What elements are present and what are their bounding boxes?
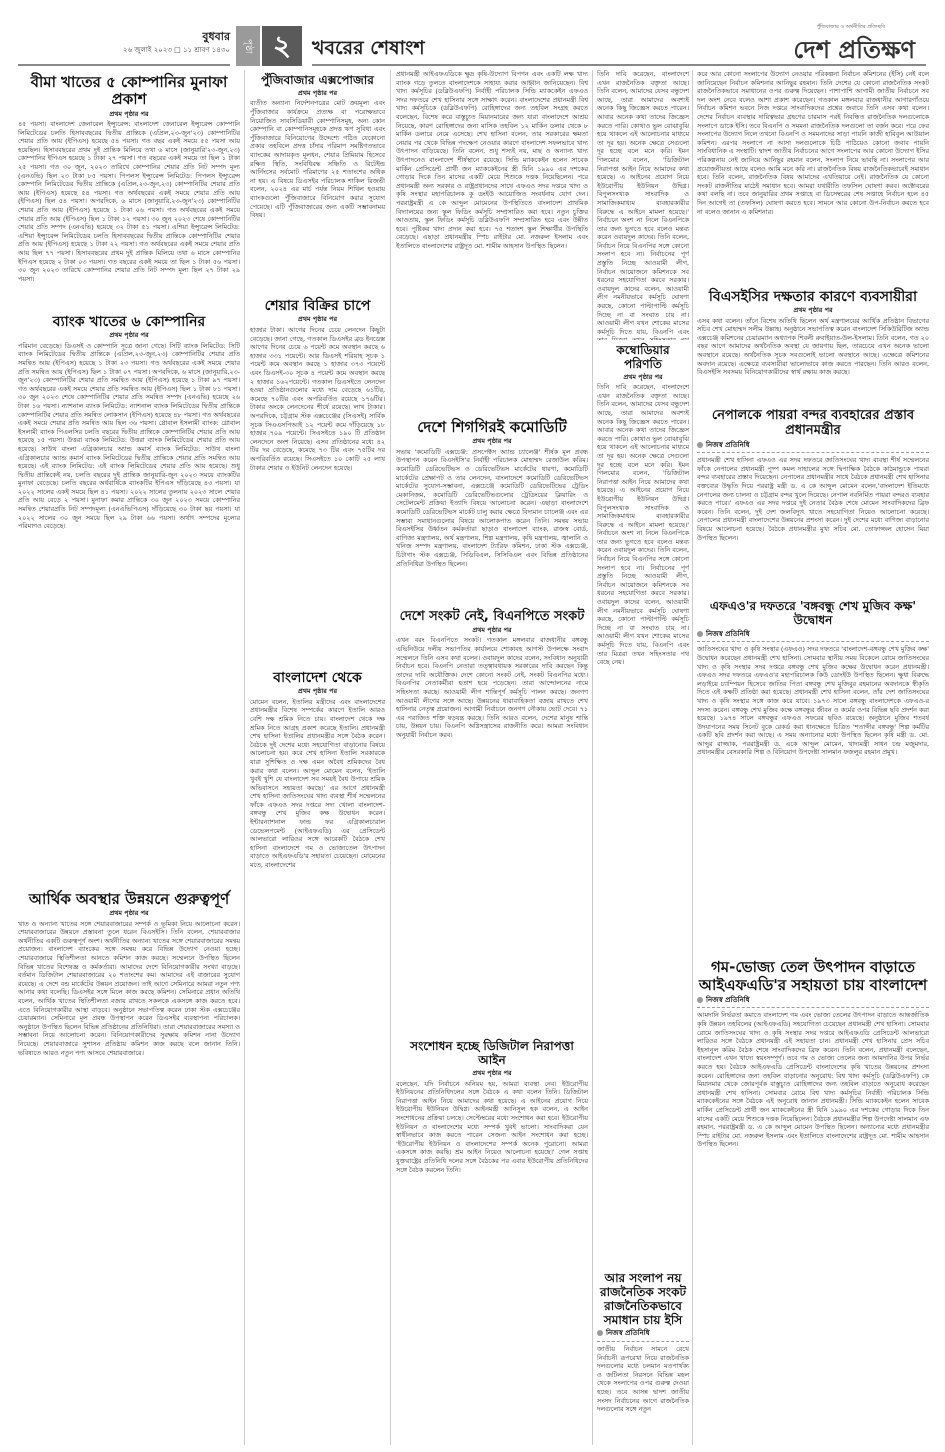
page-label: পৃষ্ঠা bbox=[236, 26, 260, 66]
article-body: আমদানি নির্ভরতা কমাতে বাংলাদেশ গম এবং ভো… bbox=[697, 1011, 929, 1351]
article-capital-market-exposure: পুঁজিবাজার এক্সপোজার প্রথম পৃষ্ঠার পর ব্… bbox=[250, 74, 385, 294]
article-commodity: দেশে শিগগিরই কমোডিটি প্রথম পৃষ্ঠার পর সভ… bbox=[396, 419, 588, 606]
article-body: ৪৫ পয়সা। বাংলাদেশ জেনারেল ইন্স্যুরেন্স:… bbox=[18, 120, 240, 310]
bullet-icon bbox=[697, 442, 703, 448]
column-4: তিনি দাবি করেছেন, বাংলাদেশে এখন রাজনৈতিক… bbox=[597, 70, 689, 1452]
article-body: সভায় 'কমোডিটি এক্সচেঞ্জ: প্রসপেক্টস অ্য… bbox=[396, 448, 588, 606]
continued-label: প্রথম পৃষ্ঠার পর bbox=[597, 373, 689, 382]
article-digital-security-act: সংশোধন হচ্ছে ডিজিটাল নিরাপত্তা আইন প্রথম… bbox=[396, 1040, 588, 1399]
byline: নিজস্ব প্রতিনিধি bbox=[697, 441, 929, 450]
article-body-wfp: প্রধানমন্ত্রী আইএফএডিকে ক্ষুদ্র কৃষি-উদ্… bbox=[396, 70, 588, 415]
article-body: প্রধানমন্ত্রী শেখ হাসিনা এফএও এর সদর দফত… bbox=[697, 456, 929, 596]
column-1: বীমা খাতের ৫ কোম্পানির মুনাফা প্রকাশ প্র… bbox=[18, 70, 240, 1376]
logo-tagline: পুঁজিবাজার ও অর্থনীতির প্রতিচ্ছবি bbox=[817, 24, 885, 32]
continued-label: প্রথম পৃষ্ঠার পর bbox=[250, 687, 385, 696]
article-body: হাজার টাকা। আগের দিনের চেয়ে লেনদেন কিছু… bbox=[250, 326, 385, 666]
article-bangabandhu-room: এফএও'র দফতরে 'বঙ্গবন্ধু শেখ মুজিব কক্ষ' … bbox=[697, 600, 929, 955]
article-body: এসব কথা বলেন। তাঁনে বিশেষ অতিথি ছিলেন অর… bbox=[697, 317, 929, 405]
masthead-rule bbox=[18, 64, 230, 66]
column-3: প্রধানমন্ত্রী আইএফএডিকে ক্ষুদ্র কৃষি-উদ্… bbox=[396, 70, 588, 1401]
article-headline: বীমা খাতের ৫ কোম্পানির মুনাফা প্রকাশ bbox=[18, 74, 240, 109]
article-bank-sector: ব্যাংক খাতের ৬ কোম্পানির প্রথম পৃষ্ঠার প… bbox=[18, 314, 240, 887]
article-cambodia: তিনি দাবি করেছেন, বাংলাদেশে এখন রাজনৈতিক… bbox=[597, 70, 689, 1268]
article-headline: বিএসইসির দক্ষতার কারণে ব্যবসায়ীরা bbox=[697, 289, 929, 305]
article-body: এখন বরং বিএনপিতে সংকট। গতকাল মঙ্গলবার রা… bbox=[396, 636, 588, 1036]
continued-label: প্রথম পৃষ্ঠার পর bbox=[18, 331, 240, 340]
masthead: বুধবার ২৬ জুলাই ২০২৩ □ ১১ শ্রাবণ ১৪৩০ পৃ… bbox=[0, 0, 945, 68]
divider bbox=[597, 1341, 689, 1342]
continued-label: প্রথম পৃষ্ঠার পর bbox=[396, 626, 588, 635]
article-headline: পুঁজিবাজার এক্সপোজার bbox=[250, 74, 385, 88]
byline: নিজস্ব প্রতিনিধি bbox=[697, 630, 929, 639]
column-divider bbox=[390, 70, 391, 1445]
column-divider bbox=[592, 70, 593, 1445]
article-headline: দেশে সংকট নেই, বিএনপিতে সংকট bbox=[396, 610, 588, 625]
article-payra-port: নেপালকে পায়রা বন্দর ব্যবহারের প্রস্তাব … bbox=[697, 409, 929, 596]
masthead-date: ২৬ জুলাই ২০২৩ □ ১১ শ্রাবণ ১৪৩০ bbox=[20, 44, 230, 56]
continued-label: প্রথম পৃষ্ঠার পর bbox=[396, 437, 588, 446]
continued-label: প্রথম পৃষ্ঠার পর bbox=[18, 110, 240, 119]
continued-label: প্রথম পৃষ্ঠার পর bbox=[697, 306, 929, 315]
article-body: জাতিসংঘের খাদ্য ও কৃষি সংস্থার (এফএও) সদ… bbox=[697, 645, 929, 955]
masthead-rule bbox=[312, 64, 926, 66]
article-headline: ব্যাংক খাতের ৬ কোম্পানির bbox=[18, 314, 240, 330]
article-bnp-crisis: দেশে সংকট নেই, বিএনপিতে সংকট প্রথম পৃষ্ঠ… bbox=[396, 610, 588, 1037]
article-from-bangladesh: বাংলাদেশ থেকে প্রথম পৃষ্ঠার পর মোমেন বলে… bbox=[250, 670, 385, 1418]
article-headline: বাংলাদেশ থেকে bbox=[250, 670, 385, 686]
article-body: তিনি দাবি করেছেন, বাংলাদেশে এখন রাজনৈতিক… bbox=[597, 383, 689, 1268]
byline: নিজস্ব প্রতিনিধি bbox=[597, 1329, 689, 1338]
article-financial-condition: আর্থিক অবস্থার উন্নয়নে গুরুত্বপূর্ণ প্র… bbox=[18, 891, 240, 1375]
column-divider bbox=[244, 70, 245, 1445]
continued-label: প্রথম পৃষ্ঠার পর bbox=[250, 89, 385, 98]
bullet-icon bbox=[597, 1330, 603, 1336]
article-headline: নেপালকে পায়রা বন্দর ব্যবহারের প্রস্তাব … bbox=[697, 409, 929, 439]
article-body-ec: করে আর কোনো সংলাপের উদ্যোগ নেওয়ার পরিকল… bbox=[697, 70, 929, 285]
article-headline: আর সংলাপ নয় রাজনৈতিক সংকট রাজনৈতিকভাবে … bbox=[597, 1272, 689, 1327]
divider bbox=[697, 1007, 929, 1008]
article-bsec-efficiency: বিএসইসির দক্ষতার কারণে ব্যবসায়ীরা প্রথম… bbox=[697, 289, 929, 405]
column-divider bbox=[692, 70, 693, 1445]
article-body: খাত ও অন্যান্য খাতের সঙ্গে শেয়ারবাজারের… bbox=[18, 920, 240, 1375]
section-title: খবরের শেষাংশ bbox=[312, 34, 425, 66]
article-body: পরিমান বেড়েছে। ডিএসই ও কোম্পানি সূত্রে … bbox=[18, 342, 240, 887]
divider bbox=[697, 641, 929, 642]
column-5: করে আর কোনো সংলাপের উদ্যোগ নেওয়ার পরিকল… bbox=[697, 70, 929, 1352]
article-share-selling-pressure: শেয়ার বিক্রির চাপে প্রথম পৃষ্ঠার পর হাজ… bbox=[250, 298, 385, 666]
article-body: জাতীয় নির্বাচন সামনে রেখে নির্বাচনী রূপ… bbox=[597, 1345, 689, 1452]
continued-label: প্রথম পৃষ্ঠার পর bbox=[396, 1069, 588, 1078]
continued-label: প্রথম পৃষ্ঠার পর bbox=[250, 315, 385, 324]
column-2: পুঁজিবাজার এক্সপোজার প্রথম পৃষ্ঠার পর ব্… bbox=[250, 70, 385, 1419]
article-body: ব্যতীত অন্যান্য নির্দেশনপত্রের মোট ক্রয়… bbox=[250, 99, 385, 294]
article-no-more-dialogue: আর সংলাপ নয় রাজনৈতিক সংকট রাজনৈতিকভাবে … bbox=[597, 1272, 689, 1452]
divider bbox=[697, 452, 929, 453]
article-headline: এফএও'র দফতরে 'বঙ্গবন্ধু শেখ মুজিব কক্ষ' … bbox=[697, 600, 929, 628]
bullet-icon bbox=[697, 997, 703, 1003]
article-headline: সংশোধন হচ্ছে ডিজিটাল নিরাপত্তা আইন bbox=[396, 1040, 588, 1068]
bullet-icon bbox=[697, 631, 703, 637]
byline: নিজস্ব প্রতিনিধি bbox=[697, 996, 929, 1005]
article-insurance: বীমা খাতের ৫ কোম্পানির মুনাফা প্রকাশ প্র… bbox=[18, 74, 240, 310]
continued-label: প্রথম পৃষ্ঠার পর bbox=[18, 909, 240, 918]
article-headline: শেয়ার বিক্রির চাপে bbox=[250, 298, 385, 314]
article-body: মোমেন বলেন, ইতালির মন্ত্রীদের এবং বাংলাদ… bbox=[250, 698, 385, 1418]
article-body: বলেছেন, যদি নির্বাচনে অনিয়ম হয়, আমরা ব… bbox=[396, 1080, 588, 1400]
newspaper-logo: দেশ প্রতিক্ষণ bbox=[793, 32, 915, 72]
article-headline: আর্থিক অবস্থার উন্নয়নে গুরুত্বপূর্ণ bbox=[18, 891, 240, 908]
article-headline: দেশে শিগগিরই কমোডিটি bbox=[396, 419, 588, 436]
article-headline: গম-ভোজ্য তেল উৎপাদন বাড়াতে আইএফএডি'র সহ… bbox=[697, 959, 929, 994]
article-body: তিনি দাবি করেছেন, বাংলাদেশে এখন রাজনৈতিক… bbox=[597, 70, 689, 340]
page-number: ২ bbox=[262, 26, 302, 66]
article-ifad-wheat-oil: গম-ভোজ্য তেল উৎপাদন বাড়াতে আইএফএডি'র সহ… bbox=[697, 959, 929, 1351]
article-headline: কম্বোডিয়ার পরিণতি bbox=[597, 344, 689, 372]
